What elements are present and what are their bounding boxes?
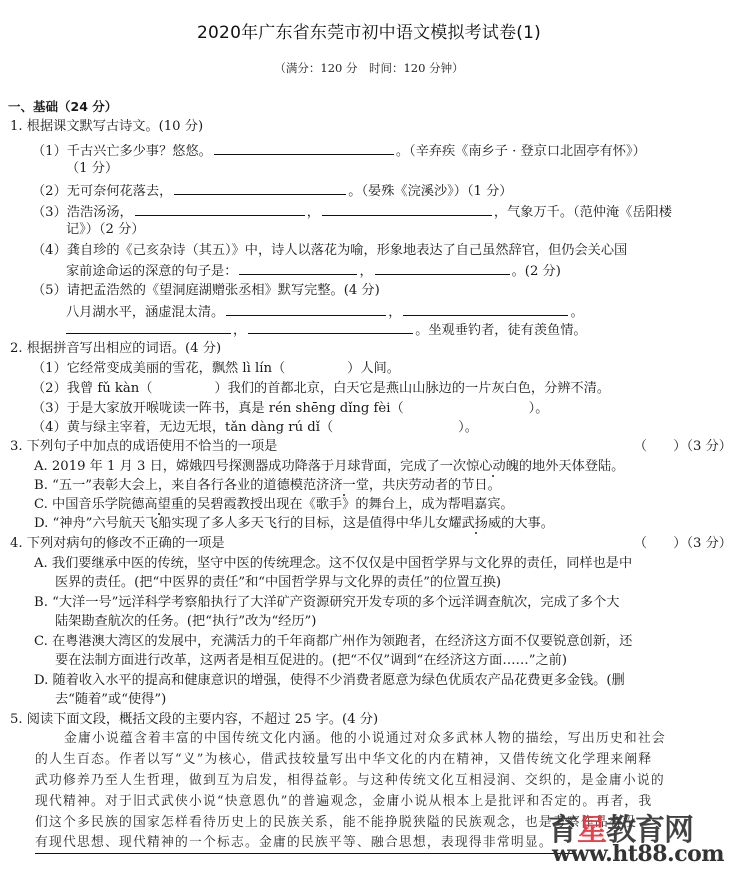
q3-answer-slot[interactable]: （ ）（3 分） [634, 437, 732, 457]
answer-blank[interactable] [248, 319, 413, 334]
q2-item-3: （3）于是大家放开喉咙读一阵书，真是 rén shēng dǐng fèi（）。 [32, 399, 548, 419]
answer-blank[interactable] [135, 201, 305, 216]
q1-item-5: （5）请把孟浩然的《望洞庭湖赠张丞相》默写完整。(4 分) [32, 281, 380, 301]
answer-blank[interactable] [214, 140, 394, 155]
q1-item-4-cont: 家前途命运的深意的句子是：，。(2 分) [66, 260, 561, 282]
page-title: 2020年广东省东莞市初中语文模拟考试卷(1) [0, 18, 738, 43]
q2-item-1: （1）它经常变成美丽的雪花，飘然 lì lín（）人间。 [32, 359, 400, 379]
q4-option-c-cont: 要在法制方面进行改革，这两者是相互促进的。(把“不仅”调到“在经济这方面……”之… [55, 651, 567, 671]
q4-option-b: B. “大洋一号”远洋科学考察船执行了大洋矿产资源研究开发专项的多个远洋调查航次… [34, 593, 619, 613]
passage-line: 有现代思想、现代精神的一个标志。金庸的民族平等、融合思想，表现得非常明显。 [35, 833, 553, 853]
exam-page: 2020年广东省东莞市初中语文模拟考试卷(1) （满分：120 分 时间：120… [0, 0, 738, 869]
question-1-stem: 1. 根据课文默写古诗文。(10 分) [10, 117, 203, 137]
q4-answer-slot[interactable]: （ ）（3 分） [634, 534, 732, 554]
question-5-stem: 5. 阅读下面文段，概括文段的主要内容，不超过 25 字。(4 分) [10, 710, 378, 730]
q4-option-d-cont: 去“随着”或“使得”) [55, 690, 166, 710]
q2-item-4: （4）黄与绿主宰着，无边无垠，tǎn dàng rú dǐ（）。 [32, 418, 478, 438]
q4-option-d: D. 随着收入水平的提高和健康意识的增强，使得不少消费者愿意为绿色优质农产品花费… [34, 671, 625, 691]
q3-option-a: A. 2019 年 1 月 3 日，嫦娥四号探测器成功降落于月球背面，完成了一次… [34, 457, 624, 477]
q3-option-d: D. “神舟”六号航天飞船实现了多人多天飞行的目标，这是值得中华儿女耀武扬威的大… [34, 514, 554, 534]
answer-blank[interactable] [239, 260, 357, 275]
q1-item-4: （4）龚自珍的《己亥杂诗（其五）》中，诗人以落花为喻，形象地表达了自己虽然辞官，… [32, 241, 627, 261]
answer-blank[interactable] [375, 260, 510, 275]
section-heading: 一、基础（24 分） [8, 97, 117, 117]
dotted-idiom: 耀武扬威 [448, 516, 501, 531]
passage-line: 武功修养乃至人生哲理，做到互为启发，相得益彰。与这种传统文化互相浸润、交织的，是… [35, 771, 665, 791]
exam-info: （满分：120 分 时间：120 分钟） [0, 60, 738, 76]
answer-blank[interactable] [403, 301, 568, 316]
q4-option-a-cont: 医界的责任。(把“中医界的责任”和“中国哲学界与文化界的责任”的位置互换) [55, 573, 501, 593]
question-3-stem: 3. 下列句子中加点的成语使用不恰当的一项是 [10, 437, 277, 457]
q1-item-1: （1）千古兴亡多少事？悠悠。。（辛弃疾《南乡子 · 登京口北固亭有怀》） [32, 140, 646, 162]
dotted-idiom: 惊心动魄 [466, 459, 519, 474]
dotted-idiom: 德高望重 [131, 497, 184, 512]
q1-item-3-cont: 记》）（2 分） [66, 220, 145, 240]
passage-line: 的人生百态。作者以写“义”为核心，借武技较量写出中华文化的内在精神，又借传统文化… [35, 750, 652, 770]
q1-item-2: （2）无可奈何花落去，。（晏殊《浣溪沙》）（1 分） [32, 180, 512, 202]
q4-option-c: C. 在粤港澳大湾区的发展中，充满活力的千年商都广州作为领跑者，在经济这方面不仅… [34, 632, 632, 652]
answer-writing-line[interactable] [35, 853, 575, 854]
q3-option-c: C. 中国音乐学院德高望重的吴碧霞教授出现在《歌手》的舞台上，成为帮唱嘉宾。 [34, 495, 514, 515]
question-4-stem: 4. 下列对病句的修改不正确的一项是 [10, 534, 225, 554]
q4-option-a: A. 我们要继承中医的传统，坚守中医的传统理念。这不仅仅是中国哲学界与文化界的责… [34, 554, 632, 574]
answer-blank[interactable] [322, 201, 492, 216]
answer-blank[interactable] [66, 319, 231, 334]
passage-line: 金庸小说蕴含着丰富的中国传统文化内涵。他的小说通过对众多武林人物的描绘，写出历史… [64, 729, 666, 749]
q4-option-b-cont: 陆架勘查航次的任务。(把“执行”改为“经历”) [55, 612, 316, 632]
answer-blank[interactable] [174, 180, 346, 195]
q1-item-5-line3: ，。坐观垂钓者，徒有羡鱼情。 [66, 319, 587, 341]
q3-option-b: B. “五一”表彰大会上，来自各行各业的道德模范济济一堂，共庆劳动者的节日。 [34, 476, 501, 496]
watermark-url: www.ht88.com [552, 841, 724, 867]
passage-line: 们这个多民族的国家怎样看待历史上的民族关系，能不能挣脱狭隘的民族观念，也是考察作… [35, 813, 637, 833]
q1-item-1-score: （1 分） [66, 159, 118, 179]
question-2-stem: 2. 根据拼音写出相应的词语。(4 分) [10, 339, 221, 359]
answer-blank[interactable] [226, 301, 386, 316]
q2-item-2: （2）我曾 fǔ kàn（）我们的首都北京，白天它是燕山山脉边的一片灰白色，分辨… [32, 379, 610, 399]
dotted-idiom: 济济一堂 [316, 478, 369, 493]
passage-line: 现代精神。对于旧式武侠小说“快意恩仇”的普遍观念，金庸小说从根本上是批评和否定的… [35, 792, 652, 812]
